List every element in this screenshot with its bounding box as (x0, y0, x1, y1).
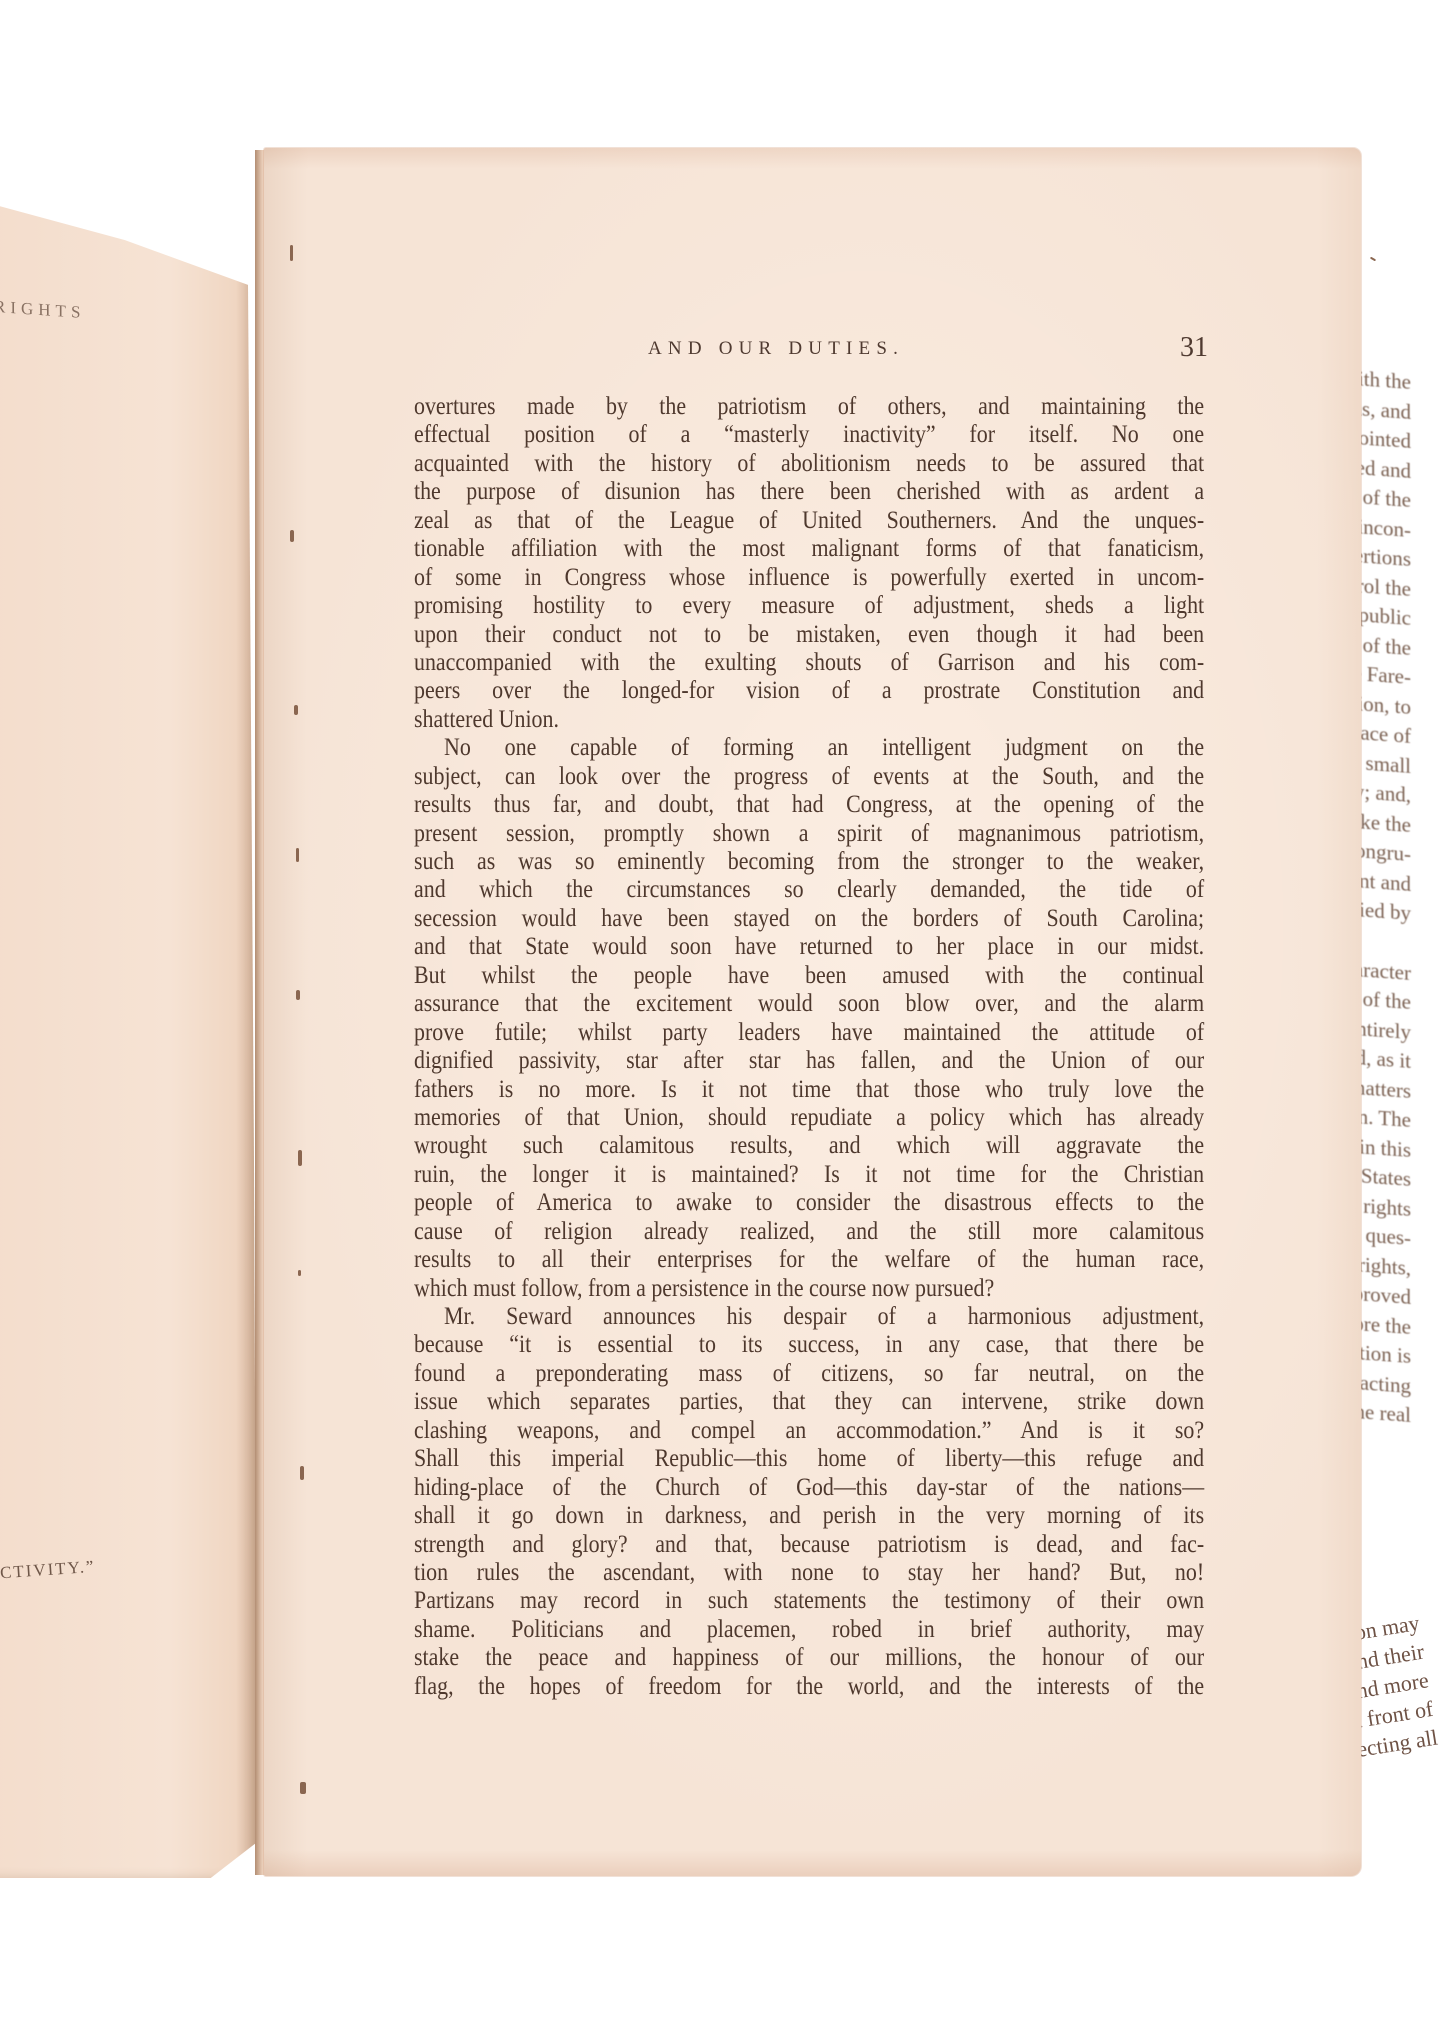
text-line: Shall this imperial Republic—this home o… (414, 1444, 1204, 1472)
text-line-content: secession would have been stayed on the … (414, 904, 1204, 932)
text-line-content: shame. Politicians and placemen, robed i… (414, 1615, 1204, 1643)
text-line-content: promising hostility to every measure of … (414, 591, 1204, 619)
sewing-mark-3 (294, 705, 298, 715)
text-line-content: of some in Congress whose influence is p… (414, 563, 1204, 591)
sewing-mark-5 (296, 990, 300, 1000)
text-line-content: issue which separates parties, that they… (414, 1387, 1204, 1415)
text-line-content: because “it is essential to its success,… (414, 1330, 1204, 1358)
text-line-content: and that State would soon have returned … (414, 932, 1204, 960)
text-line: promising hostility to every measure of … (414, 591, 1204, 619)
text-line-content: overtures made by the patriotism of othe… (414, 392, 1204, 420)
text-line-content: found a preponderating mass of citizens,… (414, 1359, 1204, 1387)
text-line-content: the purpose of disunion has there been c… (414, 477, 1204, 505)
sewing-mark-8 (300, 1466, 304, 1480)
sewing-mark-9 (300, 1782, 306, 1794)
text-line: the purpose of disunion has there been c… (414, 477, 1204, 505)
text-line: shattered Union. (414, 705, 1204, 733)
text-line-content: Mr. Seward announces his despair of a ha… (444, 1302, 1204, 1330)
text-line-content: No one capable of forming an intelligent… (444, 733, 1204, 761)
text-line: stake the peace and happiness of our mil… (414, 1643, 1204, 1671)
text-line-content: present session, promptly shown a spirit… (414, 819, 1204, 847)
text-line: unaccompanied with the exulting shouts o… (414, 648, 1204, 676)
text-line: dignified passivity, star after star has… (414, 1046, 1204, 1074)
text-line-content: Partizans may record in such statements … (414, 1586, 1204, 1614)
text-line: Mr. Seward announces his despair of a ha… (414, 1302, 1204, 1330)
text-line-content: tion rules the ascendant, with none to s… (414, 1558, 1204, 1586)
text-line: clashing weapons, and compel an accommod… (414, 1416, 1204, 1444)
text-line: strength and glory? and that, because pa… (414, 1530, 1204, 1558)
text-line-content: shattered Union. (414, 705, 1204, 733)
text-line-content: hiding-place of the Church of God—this d… (414, 1473, 1204, 1501)
text-line-content: cause of religion already realized, and … (414, 1217, 1204, 1245)
text-line: results thus far, and doubt, that had Co… (414, 790, 1204, 818)
text-line-content: fathers is no more. Is it not time that … (414, 1075, 1204, 1103)
text-line: But whilst the people have been amused w… (414, 961, 1204, 989)
text-line: zeal as that of the League of United Sou… (414, 506, 1204, 534)
text-line: secession would have been stayed on the … (414, 904, 1204, 932)
page-body-text: overtures made by the patriotism of othe… (414, 392, 1204, 1700)
text-line: effectual position of a “masterly inacti… (414, 420, 1204, 448)
text-line: fathers is no more. Is it not time that … (414, 1075, 1204, 1103)
text-line-content: people of America to awake to consider t… (414, 1188, 1204, 1216)
text-line-content: stake the peace and happiness of our mil… (414, 1643, 1204, 1671)
text-line: tionable affiliation with the most malig… (414, 534, 1204, 562)
text-line: Partizans may record in such statements … (414, 1586, 1204, 1614)
text-line: hiding-place of the Church of God—this d… (414, 1473, 1204, 1501)
sewing-mark-2 (290, 530, 294, 542)
text-line: acquainted with the history of abolition… (414, 449, 1204, 477)
running-title: AND OUR DUTIES. (648, 338, 904, 360)
text-line-content: flag, the hopes of freedom for the world… (414, 1672, 1204, 1700)
text-line-content: ruin, the longer it is maintained? Is it… (414, 1160, 1204, 1188)
text-line-content: zeal as that of the League of United Sou… (414, 506, 1204, 534)
text-line-content: results thus far, and doubt, that had Co… (414, 790, 1204, 818)
text-line-content: peers over the longed-for vision of a pr… (414, 676, 1204, 704)
sewing-mark-1 (290, 245, 293, 261)
text-line: tion rules the ascendant, with none to s… (414, 1558, 1204, 1586)
text-line-content: But whilst the people have been amused w… (414, 961, 1204, 989)
text-line: which must follow, from a persistence in… (414, 1274, 1204, 1302)
text-line: issue which separates parties, that they… (414, 1387, 1204, 1415)
text-line-content: unaccompanied with the exulting shouts o… (414, 648, 1204, 676)
text-line: assurance that the excitement would soon… (414, 989, 1204, 1017)
text-line-content: prove futile; whilst party leaders have … (414, 1018, 1204, 1046)
text-line: and which the circumstances so clearly d… (414, 875, 1204, 903)
speck (1370, 257, 1376, 262)
text-line-content: subject, can look over the progress of e… (414, 762, 1204, 790)
text-line: No one capable of forming an intelligent… (414, 733, 1204, 761)
text-line-content: tionable affiliation with the most malig… (414, 534, 1204, 562)
text-line: cause of religion already realized, and … (414, 1217, 1204, 1245)
text-line: such as was so eminently becoming from t… (414, 847, 1204, 875)
text-line: memories of that Union, should repudiate… (414, 1103, 1204, 1131)
text-line-content: effectual position of a “masterly inacti… (414, 420, 1204, 448)
text-line: of some in Congress whose influence is p… (414, 563, 1204, 591)
text-line-content: such as was so eminently becoming from t… (414, 847, 1204, 875)
text-line-content: upon their conduct not to be mistaken, e… (414, 620, 1204, 648)
text-line-content: clashing weapons, and compel an accommod… (414, 1416, 1204, 1444)
sewing-mark-4 (296, 848, 299, 862)
text-line: people of America to awake to consider t… (414, 1188, 1204, 1216)
sewing-mark-7 (298, 1270, 301, 1276)
text-line: upon their conduct not to be mistaken, e… (414, 620, 1204, 648)
text-line-content: memories of that Union, should repudiate… (414, 1103, 1204, 1131)
text-line-content: assurance that the excitement would soon… (414, 989, 1204, 1017)
text-line-content: strength and glory? and that, because pa… (414, 1530, 1204, 1558)
text-line: ruin, the longer it is maintained? Is it… (414, 1160, 1204, 1188)
text-line-content: wrought such calamitous results, and whi… (414, 1131, 1204, 1159)
text-line-content: Shall this imperial Republic—this home o… (414, 1444, 1204, 1472)
left-page (0, 88, 260, 1878)
text-line: and that State would soon have returned … (414, 932, 1204, 960)
text-line-content: dignified passivity, star after star has… (414, 1046, 1204, 1074)
text-line: because “it is essential to its success,… (414, 1330, 1204, 1358)
text-line-content: acquainted with the history of abolition… (414, 449, 1204, 477)
text-line: shall it go down in darkness, and perish… (414, 1501, 1204, 1529)
text-line: found a preponderating mass of citizens,… (414, 1359, 1204, 1387)
text-line: peers over the longed-for vision of a pr… (414, 676, 1204, 704)
text-line: present session, promptly shown a spirit… (414, 819, 1204, 847)
text-line: overtures made by the patriotism of othe… (414, 392, 1204, 420)
text-line-content: and which the circumstances so clearly d… (414, 875, 1204, 903)
running-head: AND OUR DUTIES. 31 (648, 332, 1208, 372)
sewing-mark-6 (298, 1150, 302, 1166)
text-line: shame. Politicians and placemen, robed i… (414, 1615, 1204, 1643)
text-line-content: shall it go down in darkness, and perish… (414, 1501, 1204, 1529)
text-line: results to all their enterprises for the… (414, 1245, 1204, 1273)
text-line-content: which must follow, from a persistence in… (414, 1274, 1204, 1302)
text-line: flag, the hopes of freedom for the world… (414, 1672, 1204, 1700)
page-number: 31 (1180, 332, 1208, 364)
text-line: wrought such calamitous results, and whi… (414, 1131, 1204, 1159)
text-line: prove futile; whilst party leaders have … (414, 1018, 1204, 1046)
text-line: subject, can look over the progress of e… (414, 762, 1204, 790)
text-line-content: results to all their enterprises for the… (414, 1245, 1204, 1273)
